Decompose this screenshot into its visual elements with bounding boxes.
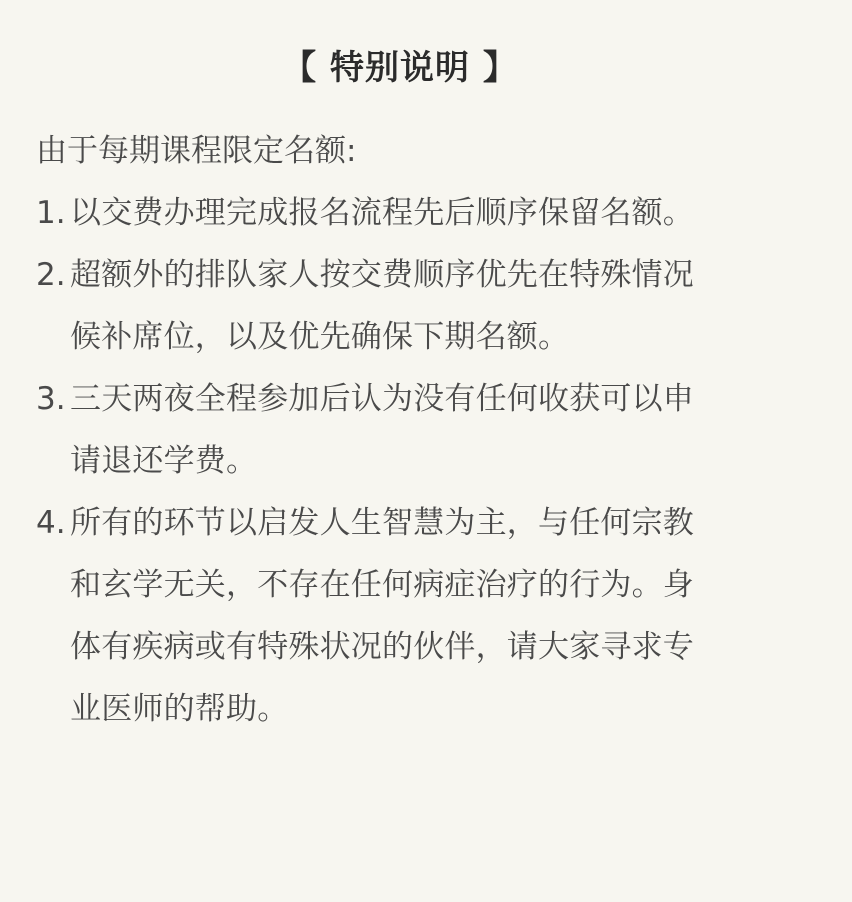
item-text: 以交费办理完成报名流程先后顺序保留名额。 [70, 182, 696, 244]
item-number: 4. [36, 492, 70, 740]
item-number: 3. [36, 368, 70, 492]
page-title: 【 特别说明 】 [0, 40, 800, 96]
notice-item-2: 2. 超额外的排队家人按交费顺序优先在特殊情况候补席位，以及优先确保下期名额。 [36, 244, 696, 368]
item-text: 所有的环节以启发人生智慧为主，与任何宗教和玄学无关，不存在任何病症治疗的行为。身… [70, 492, 696, 740]
notice-item-1: 1. 以交费办理完成报名流程先后顺序保留名额。 [36, 182, 696, 244]
item-number: 2. [36, 244, 70, 368]
item-text: 三天两夜全程参加后认为没有任何收获可以申请退还学费。 [70, 368, 696, 492]
item-number: 1. [36, 182, 70, 244]
item-text: 超额外的排队家人按交费顺序优先在特殊情况候补席位，以及优先确保下期名额。 [70, 244, 696, 368]
intro-text: 由于每期课程限定名额: [36, 120, 696, 182]
notice-body: 由于每期课程限定名额: 1. 以交费办理完成报名流程先后顺序保留名额。 2. 超… [36, 120, 696, 740]
notice-item-3: 3. 三天两夜全程参加后认为没有任何收获可以申请退还学费。 [36, 368, 696, 492]
notice-item-4: 4. 所有的环节以启发人生智慧为主，与任何宗教和玄学无关，不存在任何病症治疗的行… [36, 492, 696, 740]
